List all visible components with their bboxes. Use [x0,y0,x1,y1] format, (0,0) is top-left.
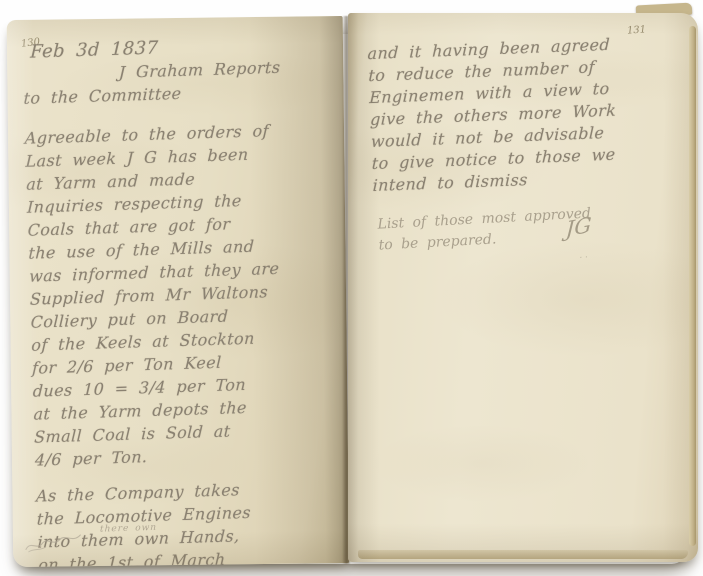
right-page: 131 and it having been agreed to reduce … [348,13,698,562]
left-paragraph-engines: As the Company takes the Locomotive Engi… [36,475,341,567]
left-page-manuscript: Feb 3d 1837 J Graham Reports to the Comm… [22,31,341,567]
under-page-edge [358,550,688,559]
pencil-note: List of those most approved to be prepar… [377,203,593,256]
open-notebook: 130 Feb 3d 1837 J Graham Reports to the … [8,4,698,566]
photograph-background: 130 Feb 3d 1837 J Graham Reports to the … [0,0,703,576]
right-page-manuscript: and it having been agreed to reduce the … [367,31,688,197]
left-page: 130 Feb 3d 1837 J Graham Reports to the … [7,16,350,567]
fore-edge-pages [689,26,696,546]
pencil-smudge: ·· [579,247,591,269]
pencil-initials: JG [565,215,592,241]
pencil-note-line-text: to be prepared. [378,231,497,253]
left-paragraph-coals: Agreeable to the orders of Last week J G… [25,117,338,471]
pencil-interlinear-insertion: there own [99,517,157,542]
report-byline-2: to the Committee [23,77,326,110]
